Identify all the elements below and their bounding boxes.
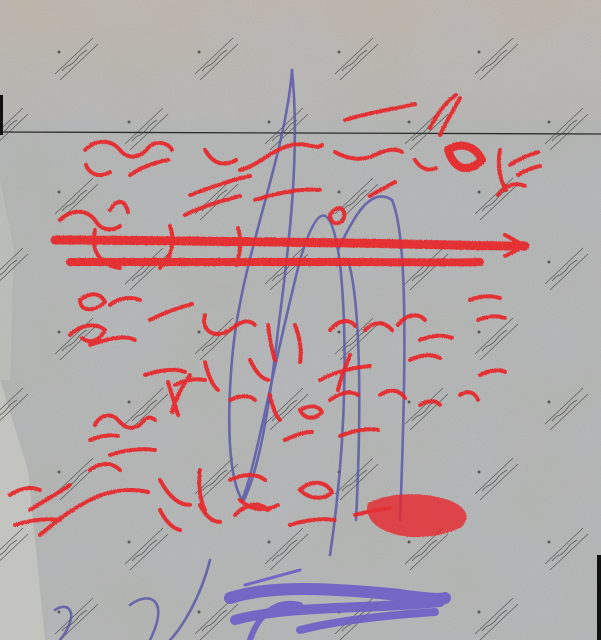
scanned-document bbox=[0, 0, 601, 640]
document-scan bbox=[0, 0, 601, 640]
